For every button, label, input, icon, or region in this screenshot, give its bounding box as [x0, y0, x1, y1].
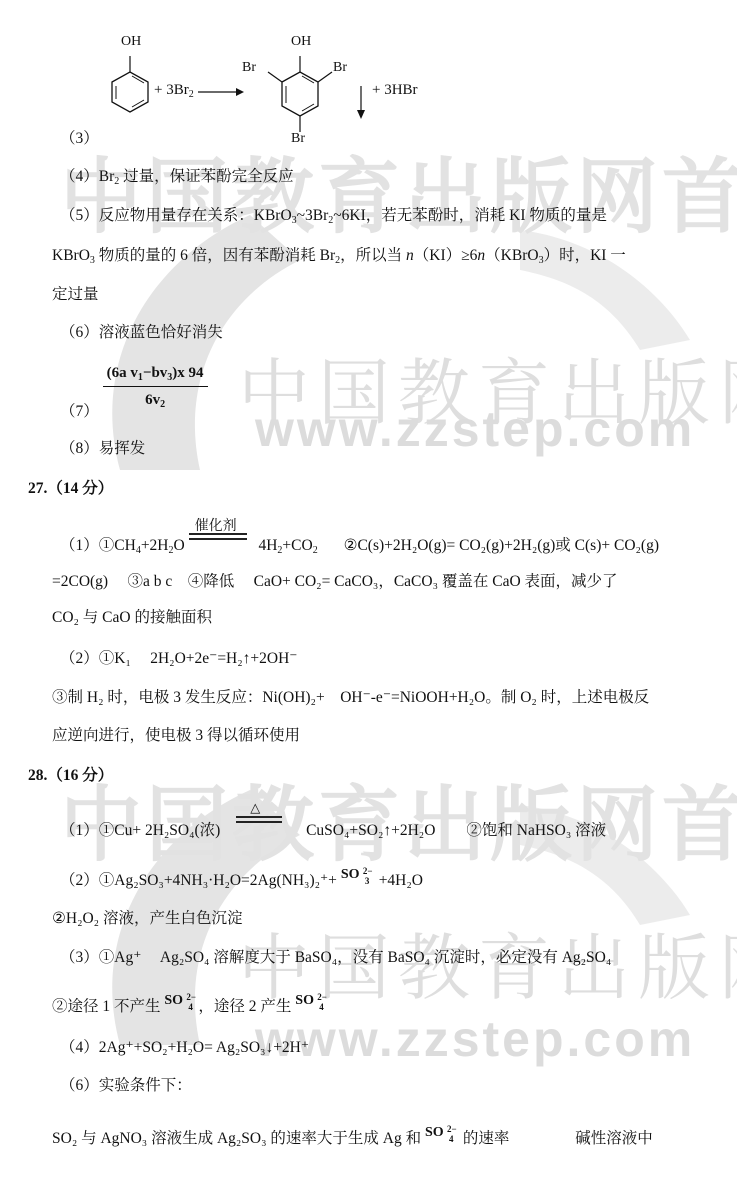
q26-part5-line1: （5）反应物用量存在关系：KBrO3~3Br2~6KI，若无苯酚时，消耗 KI …: [60, 205, 607, 227]
watermark-url-1: www.zzstep.com: [255, 400, 695, 458]
q27-part1-line1: （1）①CH4+2H2O 催化剂 4H2+CO2 ②C(s)+2H₂O(g)= …: [60, 535, 659, 557]
q26-part6: （6）溶液蓝色恰好消失: [60, 322, 223, 344]
q28-part3-line1: （3）①Ag⁺ Ag₂SO₄ 溶解度大于 BaSO₄，没有 BaSO₄ 沉淀时，…: [60, 947, 611, 969]
q26-part5-line3: 定过量: [52, 284, 99, 306]
q27-part2-line1: （2）①K₁ 2H₂O+2e⁻=H₂↑+2OH⁻: [60, 648, 297, 670]
br-left-label: Br: [242, 60, 256, 76]
q26-part5-line2: KBrO3 物质的量的 6 倍，因有苯酚消耗 Br2，所以当 n（KI）≥6n（…: [52, 245, 626, 267]
br-right-label: Br: [333, 60, 347, 76]
sulfate-ion: SO2−4: [425, 1128, 459, 1150]
q26-part7: （7） (6a v1−bv3)x 94 6v2: [60, 362, 208, 411]
q26-part3: （3）: [60, 128, 99, 150]
q28-part6-line1: （6）实验条件下：: [60, 1075, 192, 1097]
phenol-oh-label: OH: [121, 34, 141, 50]
watermark-banner-2: 中国教育出版网首发: [60, 760, 737, 877]
q27-part2-line2: ③制 H₂ 时，电极 3 发生反应：Ni(OH)₂+ OH⁻-e⁻=NiOOH+…: [52, 687, 649, 709]
q28-part6-line2: SO₂ 与 AgNO₃ 溶液生成 Ag₂SO₃ 的速率大于生成 Ag 和 SO2…: [52, 1128, 653, 1150]
yield-fraction: (6a v1−bv3)x 94 6v2: [103, 362, 208, 411]
q26-part4: （4）Br2 过量，保证苯酚完全反应: [60, 166, 294, 188]
sulfate-ion: SO2−4: [164, 996, 198, 1018]
q28-part2-line1: （2）①Ag₂SO₃+4NH₃·H₂O=2Ag(NH₃)₂⁺+ SO2−3 +4…: [60, 870, 423, 892]
q28-part2-line2: ②H₂O₂ 溶液，产生白色沉淀: [52, 908, 242, 930]
q27-part1-line3: CO₂ 与 CaO 的接触面积: [52, 607, 212, 629]
watermark-url-2: www.zzstep.com: [255, 1010, 695, 1068]
q28-part3-line2: ②途径 1 不产生 SO2−4，途径 2 产生 SO2−4: [52, 996, 329, 1018]
q27-part2-line3: 应逆向进行，使电极 3 得以循环使用: [52, 725, 300, 747]
sulfite-ion: SO2−3: [341, 870, 375, 892]
q26-part8: （8）易挥发: [60, 438, 145, 460]
sulfate-ion: SO2−4: [295, 996, 329, 1018]
q28-part4: （4）2Ag⁺+SO₂+H₂O= Ag₂SO₃↓+2H⁺: [60, 1037, 309, 1059]
reaction-scheme: OH + 3Br2 OH Br Br Br + 3HBr: [90, 20, 450, 150]
q28-heading: 28.（16 分）: [28, 765, 113, 787]
product-oh-label: OH: [291, 34, 311, 50]
q27-part1-line2: =2CO(g) ③a b c ④降低 CaO+ CO₂= CaCO₃，CaCO₃…: [52, 571, 618, 593]
byproduct-label: + 3HBr: [372, 82, 418, 99]
heating-equals-sign: △: [224, 820, 302, 842]
q28-part1: （1）①Cu+ 2H₂SO₄(浓) △ CuSO₄+SO₂↑+2H₂O ②饱和 …: [60, 820, 606, 842]
reagent-label: + 3Br2: [154, 82, 194, 99]
br-bottom-label: Br: [291, 131, 305, 147]
q27-heading: 27.（14 分）: [28, 478, 113, 500]
catalyst-equals-sign: 催化剂: [189, 535, 255, 557]
